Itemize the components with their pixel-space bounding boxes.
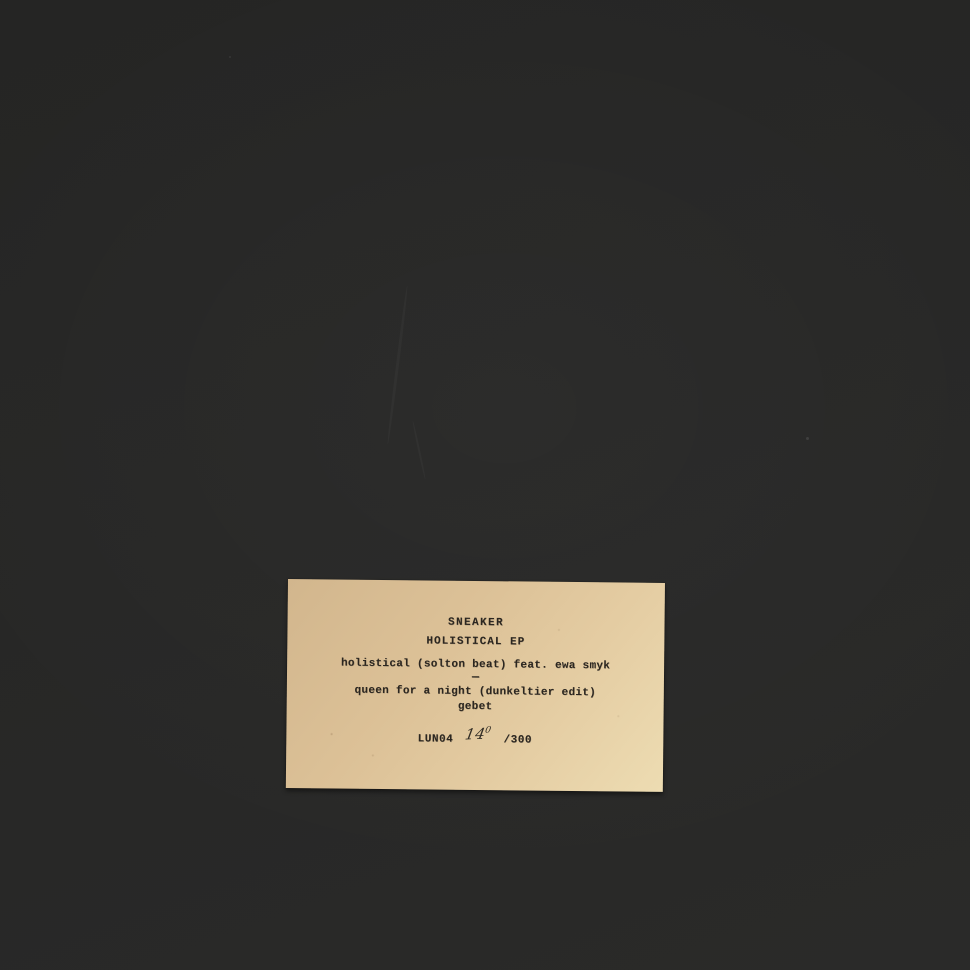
catalog-number: LUN04 [418, 732, 454, 746]
edition-number-handwritten: 140 [464, 724, 494, 743]
sleeve-scuff-mark [412, 420, 426, 479]
record-label-sticker: SNEAKER HOLISTICAL EP holistical (solton… [286, 579, 665, 792]
dust-speck [229, 56, 231, 58]
catalog-row: LUN04 140 /300 [286, 726, 663, 749]
release-title: HOLISTICAL EP [287, 633, 664, 651]
track-title-3: gebet [287, 698, 664, 716]
dust-speck [806, 437, 809, 440]
sleeve-scuff-mark [386, 285, 408, 444]
record-sleeve: SNEAKER HOLISTICAL EP holistical (solton… [0, 0, 970, 970]
edition-number-superscript: 0 [484, 726, 492, 736]
edition-total: /300 [503, 733, 532, 747]
artist-name: SNEAKER [287, 614, 664, 632]
